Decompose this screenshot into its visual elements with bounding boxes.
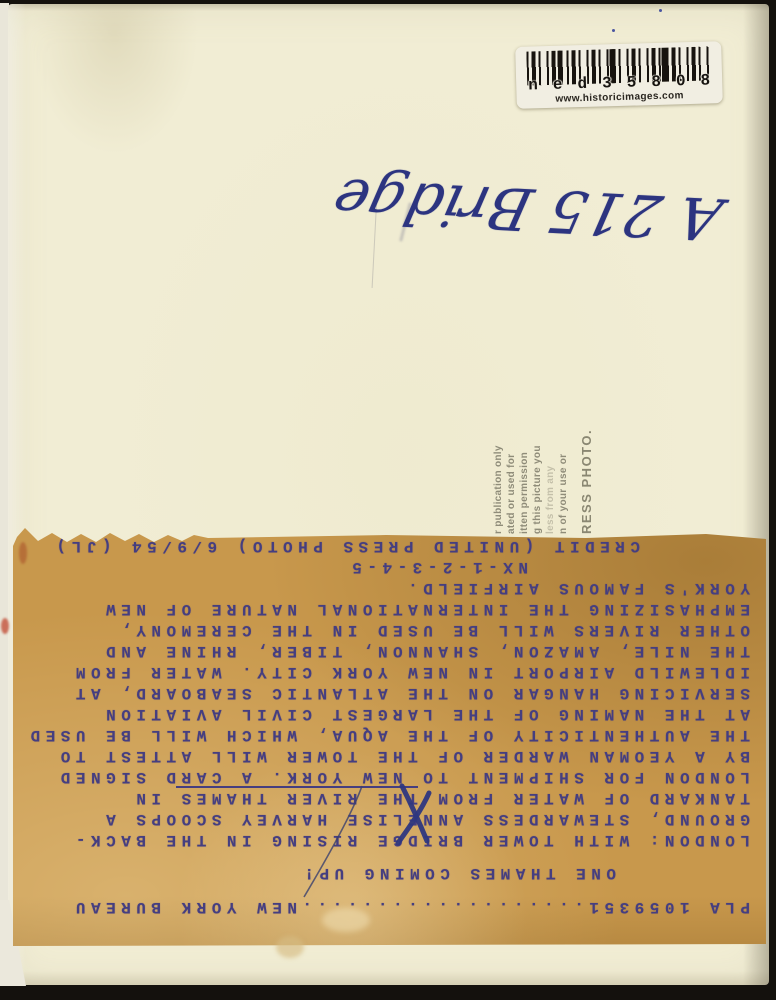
code-char: 5 [626, 74, 636, 92]
code-char: 3 [602, 74, 612, 92]
barcode-sticker: n e d 3 5 8 0 8 www.historicimages.com [515, 41, 723, 109]
code-char: 8 [651, 73, 661, 91]
code-char: d [577, 75, 587, 93]
sticker-url: www.historicimages.com [555, 90, 684, 105]
press-photo-back-scan: A 215 Bridge r publication only ated or … [0, 0, 776, 1000]
code-char: 8 [700, 71, 710, 89]
code-char: 0 [676, 72, 686, 90]
code-char: n [528, 76, 538, 94]
ink-x-mark [0, 0, 776, 1000]
code-char: e [553, 76, 563, 94]
